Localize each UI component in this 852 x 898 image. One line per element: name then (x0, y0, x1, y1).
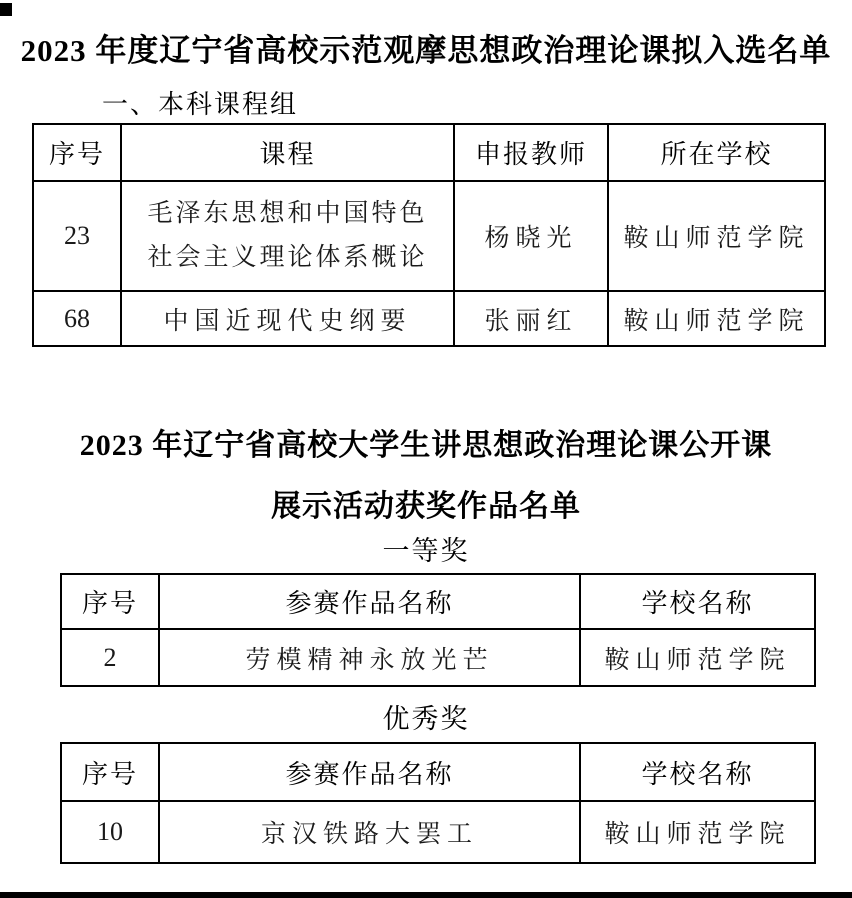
header-cell-teacher: 申报教师 (454, 124, 608, 181)
header-cell-school: 学校名称 (580, 574, 815, 629)
header-cell-school: 学校名称 (580, 743, 815, 801)
cell-work: 劳模精神永放光芒 (159, 629, 580, 686)
header-cell-seq: 序号 (61, 574, 159, 629)
cell-seq: 10 (61, 801, 159, 863)
document-title-1: 2023 年度辽宁省高校示范观摩思想政治理论课拟入选名单 (0, 25, 852, 70)
header-cell-course: 课程 (121, 124, 454, 181)
header-cell-seq: 序号 (33, 124, 121, 181)
excellence-award-table: 序号 参赛作品名称 学校名称 10 京汉铁路大罢工 鞍山师范学院 (60, 742, 816, 864)
course-selection-table: 序号 课程 申报教师 所在学校 23 毛泽东思想和中国特色社会主义理论体系概论 … (32, 123, 826, 347)
document-title-2-line-2: 展示活动获奖作品名单 (0, 481, 852, 525)
table-row: 10 京汉铁路大罢工 鞍山师范学院 (61, 801, 815, 863)
header-cell-work: 参赛作品名称 (159, 743, 580, 801)
table-row: 2 劳模精神永放光芒 鞍山师范学院 (61, 629, 815, 686)
document-title-2-line-1: 2023 年辽宁省高校大学生讲思想政治理论课公开课 (0, 420, 852, 464)
document-page: 2023 年度辽宁省高校示范观摩思想政治理论课拟入选名单 一、本科课程组 序号 … (0, 0, 852, 898)
table-row: 23 毛泽东思想和中国特色社会主义理论体系概论 杨晓光 鞍山师范学院 (33, 181, 825, 291)
cell-school: 鞍山师范学院 (608, 181, 825, 291)
cell-seq: 2 (61, 629, 159, 686)
cell-seq: 68 (33, 291, 121, 346)
table-row: 68 中国近现代史纲要 张丽红 鞍山师范学院 (33, 291, 825, 346)
table-header-row: 序号 参赛作品名称 学校名称 (61, 574, 815, 629)
award-level-excellence: 优秀奖 (0, 697, 852, 736)
cell-teacher: 张丽红 (454, 291, 608, 346)
cell-course: 毛泽东思想和中国特色社会主义理论体系概论 (121, 181, 454, 291)
section-heading-undergraduate-group: 一、本科课程组 (102, 84, 298, 121)
cell-school: 鞍山师范学院 (580, 801, 815, 863)
cell-teacher: 杨晓光 (454, 181, 608, 291)
table-header-row: 序号 参赛作品名称 学校名称 (61, 743, 815, 801)
table-header-row: 序号 课程 申报教师 所在学校 (33, 124, 825, 181)
cell-school: 鞍山师范学院 (608, 291, 825, 346)
cell-school: 鞍山师范学院 (580, 629, 815, 686)
header-cell-school: 所在学校 (608, 124, 825, 181)
cell-seq: 23 (33, 181, 121, 291)
cell-work: 京汉铁路大罢工 (159, 801, 580, 863)
header-cell-seq: 序号 (61, 743, 159, 801)
cell-course: 中国近现代史纲要 (121, 291, 454, 346)
page-bottom-rule (0, 892, 852, 898)
first-prize-table: 序号 参赛作品名称 学校名称 2 劳模精神永放光芒 鞍山师范学院 (60, 573, 816, 687)
header-cell-work: 参赛作品名称 (159, 574, 580, 629)
course-name: 毛泽东思想和中国特色社会主义理论体系概论 (140, 192, 436, 280)
scan-artifact-mark (0, 3, 12, 16)
award-level-first-prize: 一等奖 (0, 529, 852, 568)
